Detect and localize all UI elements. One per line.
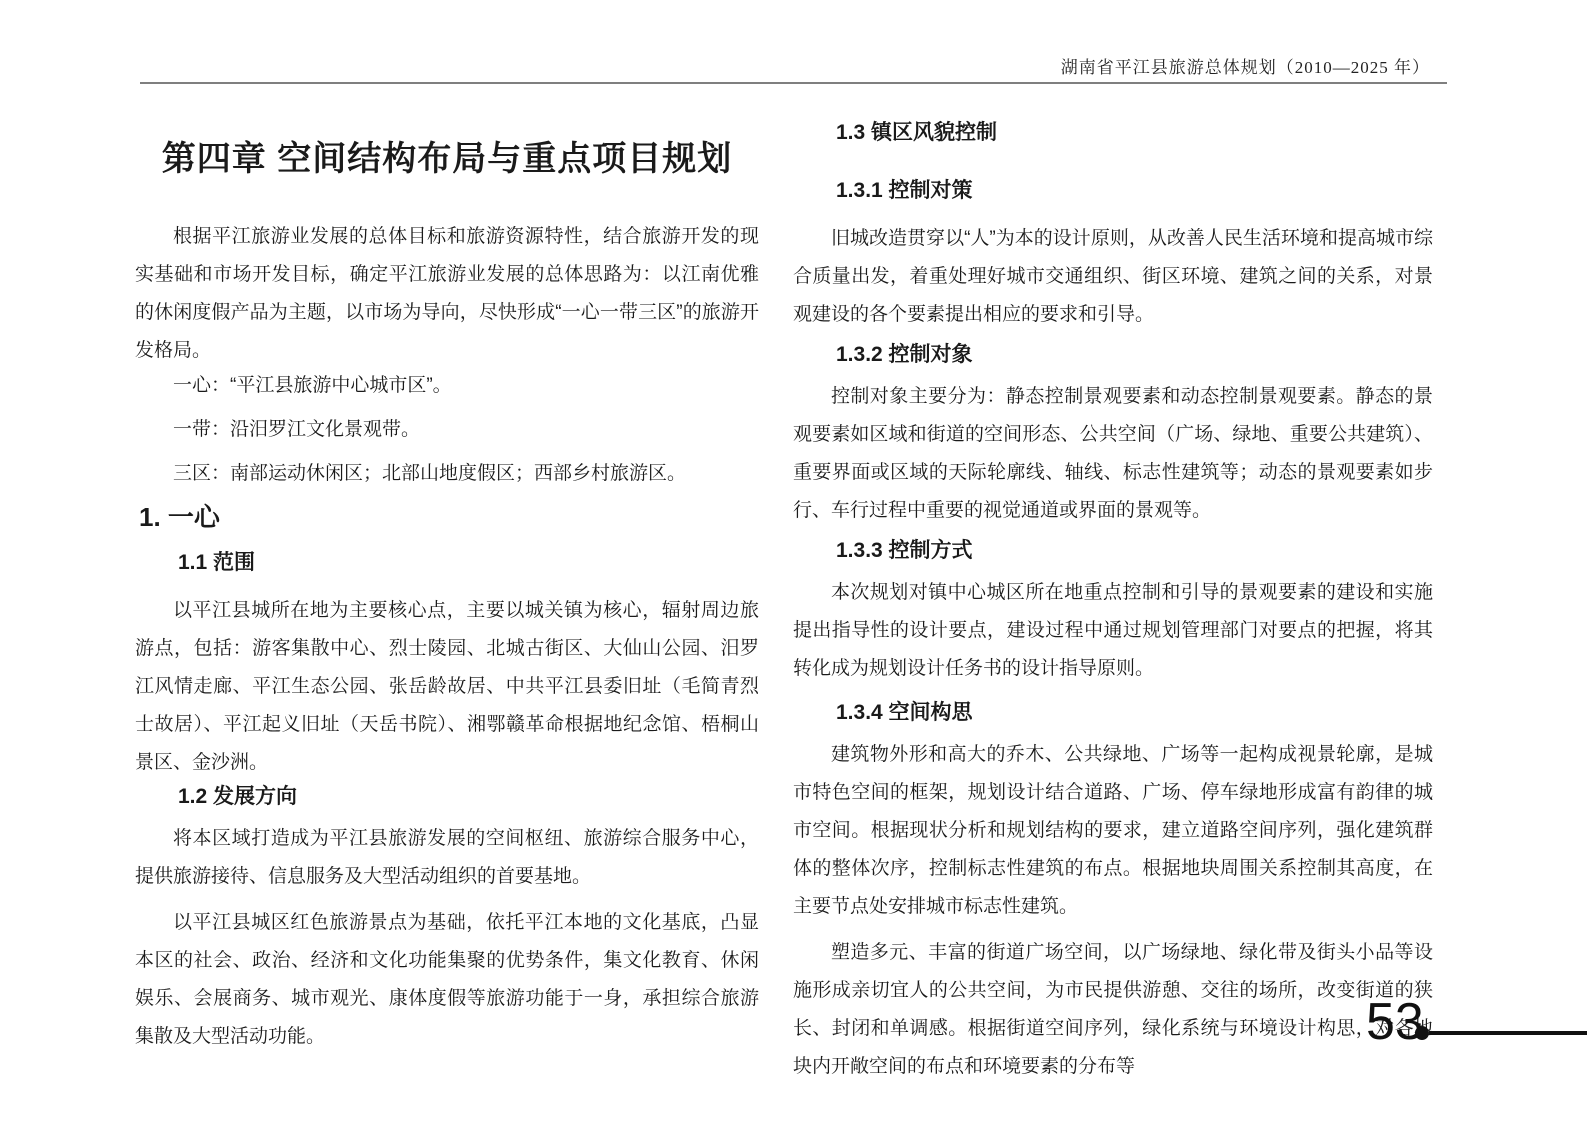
bullet-three-zones: 三区：南部运动休闲区；北部山地度假区；西部乡村旅游区。 (135, 452, 759, 496)
section-1-3-2-paragraph: 控制对象主要分为：静态控制景观要素和动态控制景观要素。静态的景观要素如区域和街道… (793, 378, 1433, 530)
section-1-3-1-heading: 1.3.1 控制对策 (836, 176, 1433, 206)
section-1-heading: 1. 一心 (139, 500, 759, 534)
section-1-3-3-heading: 1.3.3 控制方式 (836, 536, 1433, 566)
section-1-1-heading: 1.1 范围 (178, 548, 759, 578)
right-column: 1.3 镇区风貌控制 1.3.1 控制对策 旧城改造贯穿以“人”为本的设计原则，… (793, 84, 1433, 1086)
section-1-3-3-paragraph: 本次规划对镇中心城区所在地重点控制和引导的景观要素的建设和实施提出指导性的设计要… (793, 574, 1433, 688)
section-1-3-4-paragraph-2: 塑造多元、丰富的街道广场空间，以广场绿地、绿化带及街头小品等设施形成亲切宜人的公… (793, 934, 1433, 1086)
page-number-dot (1415, 1026, 1429, 1040)
page-number: 53 (1366, 996, 1424, 1048)
intro-paragraph: 根据平江旅游业发展的总体目标和旅游资源特性，结合旅游开发的现实基础和市场开发目标… (135, 218, 759, 370)
section-1-2-paragraph-2: 以平江县城区红色旅游景点为基础，依托平江本地的文化基底，凸显本区的社会、政治、经… (135, 904, 759, 1056)
section-1-2-heading: 1.2 发展方向 (178, 782, 759, 812)
bullet-one-belt: 一带：沿汨罗江文化景观带。 (135, 408, 759, 452)
document-page: 湖南省平江县旅游总体规划（2010—2025 年） 第四章 空间结构布局与重点项… (0, 0, 1587, 1122)
bullet-one-center: 一心：“平江县旅游中心城市区”。 (135, 364, 759, 408)
section-1-3-2-heading: 1.3.2 控制对象 (836, 340, 1433, 370)
section-1-3-4-paragraph-1: 建筑物外形和高大的乔木、公共绿地、广场等一起构成视景轮廓，是城市特色空间的框架，… (793, 736, 1433, 926)
section-1-3-4-heading: 1.3.4 空间构思 (836, 698, 1433, 728)
section-1-3-heading: 1.3 镇区风貌控制 (836, 118, 1433, 148)
section-1-2-paragraph-1: 将本区域打造成为平江县旅游发展的空间枢纽、旅游综合服务中心，提供旅游接待、信息服… (135, 820, 759, 896)
section-1-1-paragraph: 以平江县城所在地为主要核心点，主要以城关镇为核心，辐射周边旅游点，包括：游客集散… (135, 592, 759, 782)
footer-rule (1429, 1031, 1587, 1035)
running-header-title: 湖南省平江县旅游总体规划（2010—2025 年） (1061, 53, 1430, 78)
section-1-3-1-paragraph: 旧城改造贯穿以“人”为本的设计原则，从改善人民生活环境和提高城市综合质量出发，着… (793, 220, 1433, 334)
left-column: 第四章 空间结构布局与重点项目规划 根据平江旅游业发展的总体目标和旅游资源特性，… (135, 84, 759, 1056)
chapter-title: 第四章 空间结构布局与重点项目规划 (135, 136, 759, 182)
